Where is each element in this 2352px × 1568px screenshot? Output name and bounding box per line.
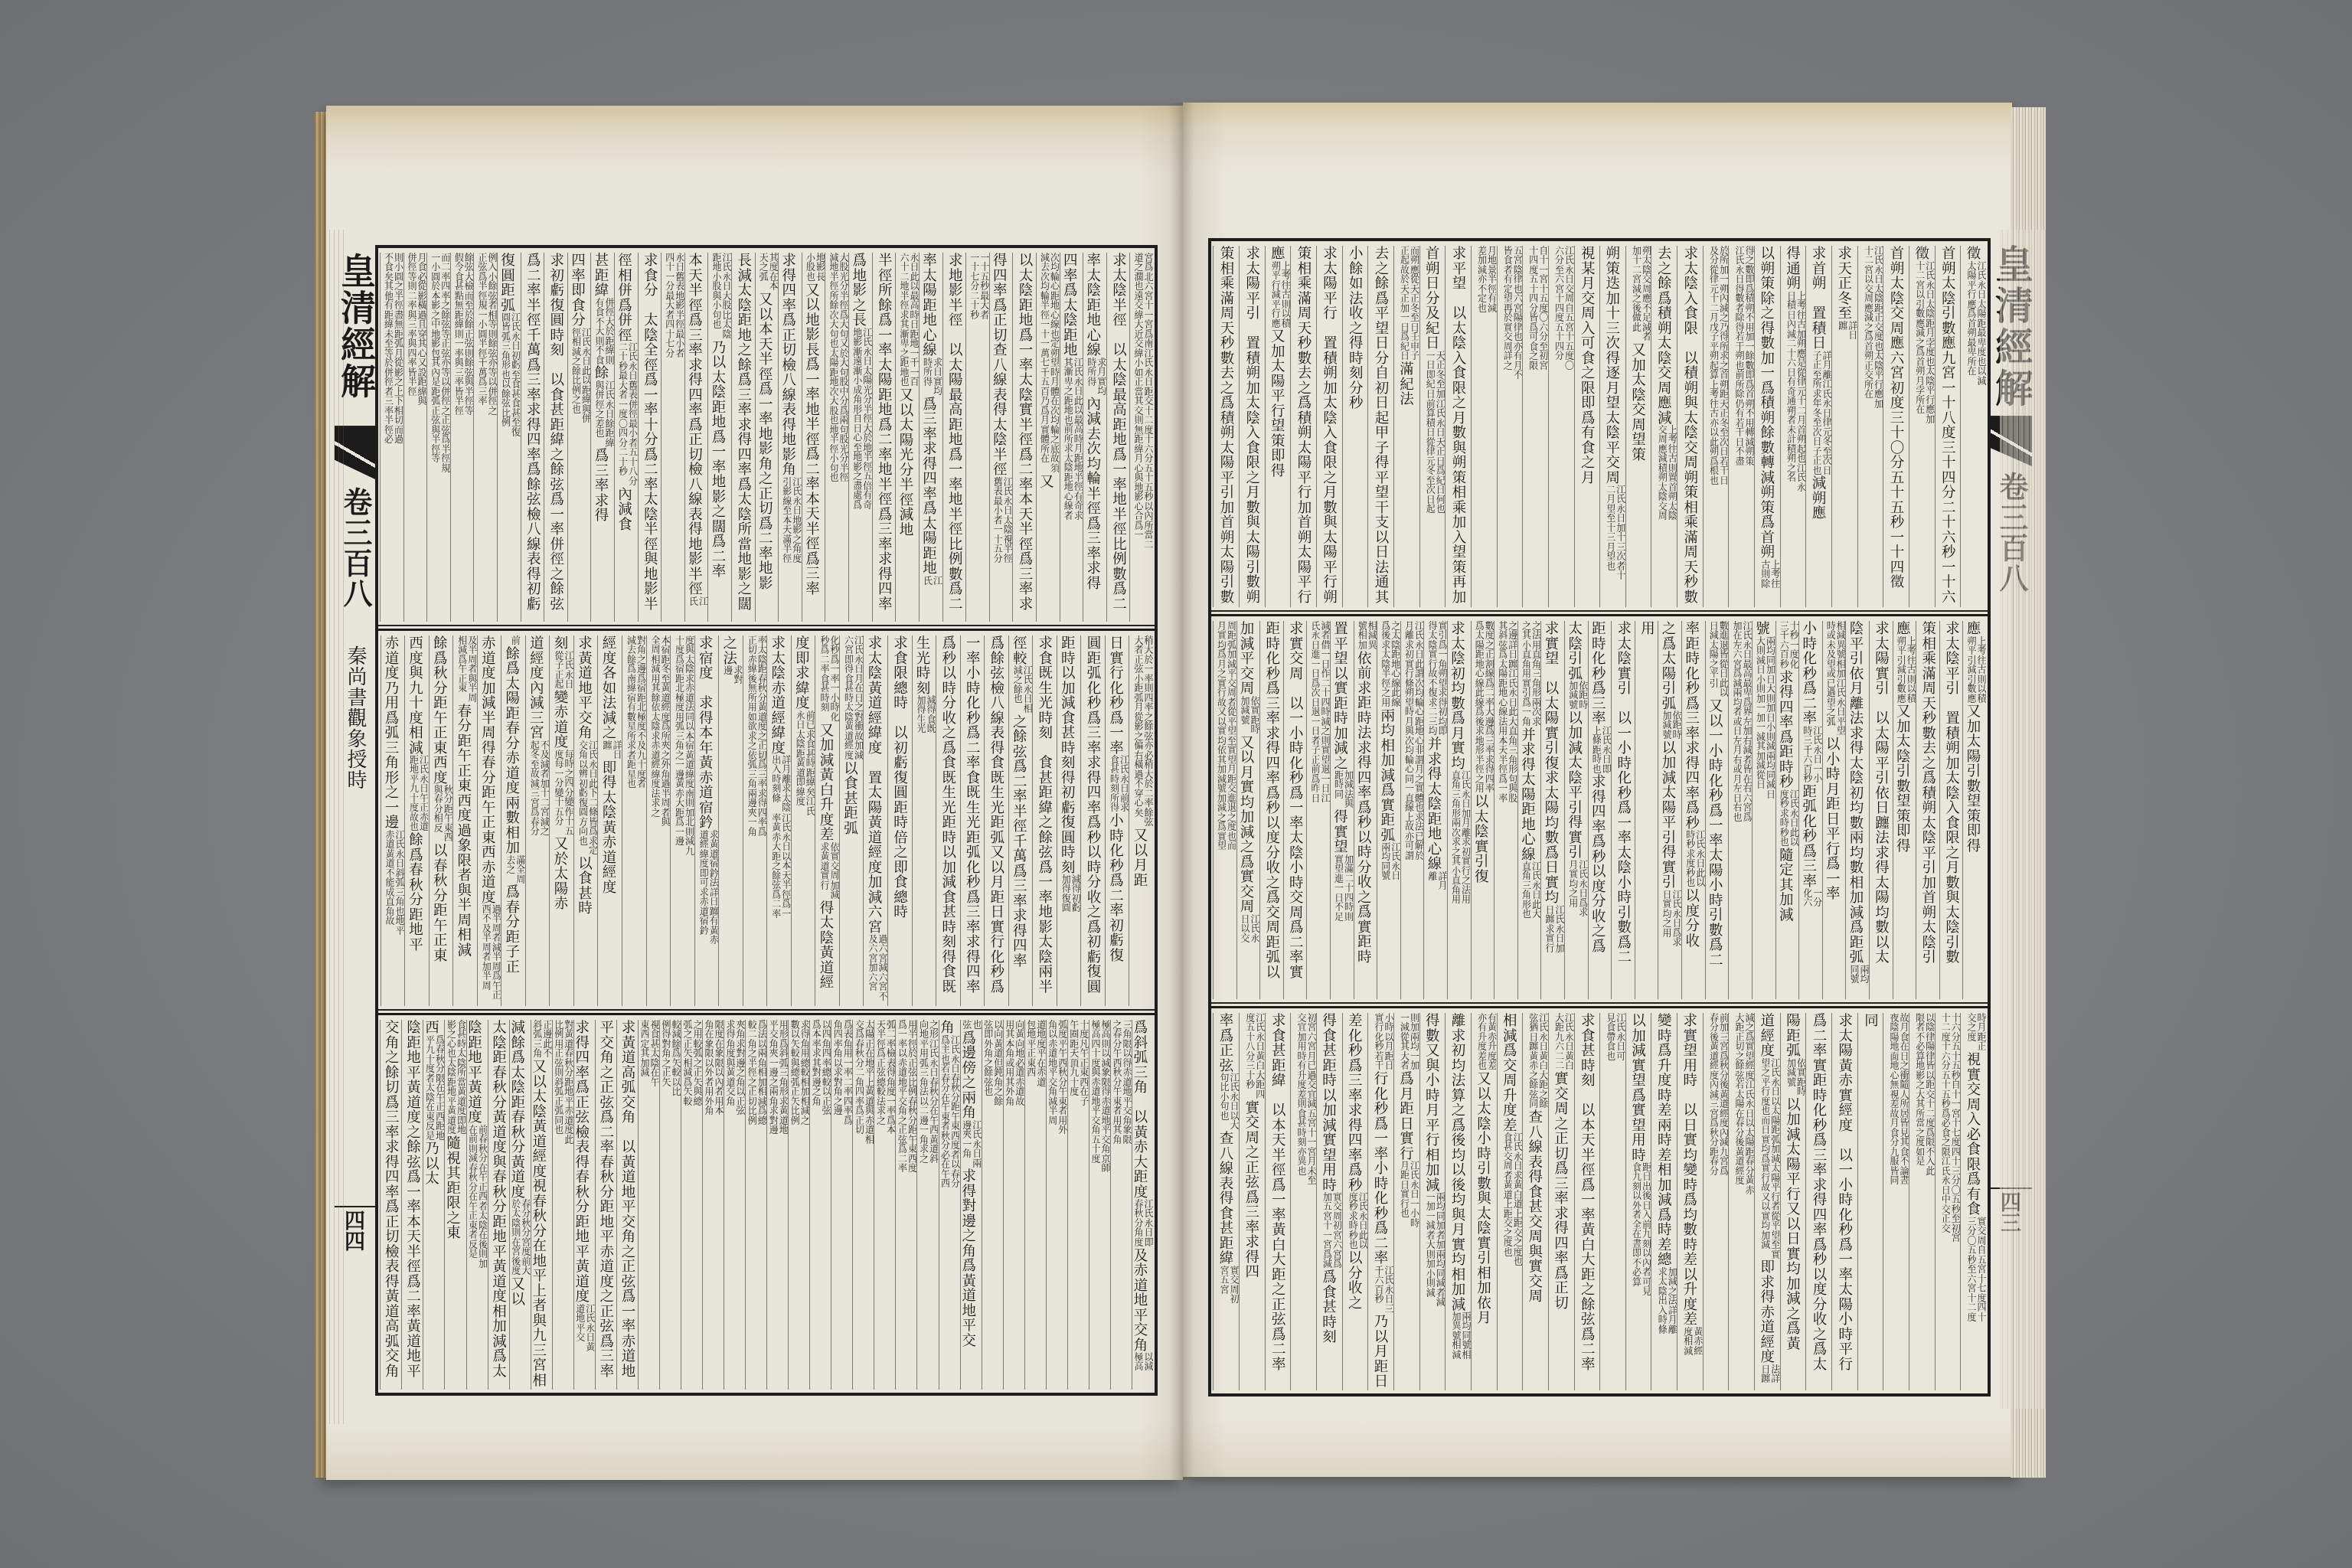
text-column: 甚距緯併徑大於距緯則有食不大則不食餘江氏永日餘距緯與併徑之差也爲三率求得: [590, 253, 614, 622]
text-column: 求太陽黃赤實經度 以一小時化秒爲一率太陽小時平行: [1831, 1013, 1857, 1390]
commentary-note: 江氏永日一小時月距日實行也: [1400, 1161, 1419, 1229]
commentary-note: 江氏永日兩邊夾一角: [962, 1120, 982, 1169]
commentary-note: 上考往古則以積朔平引減引數應: [1966, 636, 1986, 704]
main-text: 策相乘滿周天秒數去之爲積朔太陽平行加首朔太陽平行: [1295, 246, 1312, 604]
main-text: 求食既生光時刻 食甚距緯之餘弦爲一率地影太陰兩半: [1037, 635, 1053, 994]
commentary-note: 江氏永日即上條距時也: [1591, 726, 1611, 775]
text-column: 得數又與小時月平行相加減兩均同加者加兩均同減者減一加一減者大則加小則減: [1419, 1013, 1445, 1390]
text-column: 求黃道地平交角江氏永日此下二條皆爲求定交角以辨初虧復圓方向也以食甚時: [573, 635, 598, 1006]
text-column: 地影長小股也又以地影長爲一率地半徑爲二率本天半徑爲三率: [802, 253, 825, 622]
text-column: 減餘爲太陰距春秋分黃道度春分秋分宮度前大於太陰則在宮後度又以: [509, 1020, 531, 1390]
commentary-note: 以四角四率總較以正弦爲本率求其對邊之角: [811, 1020, 831, 1116]
commentary-note: 月地景半徑有減差加減亦不定也: [1477, 246, 1497, 314]
main-text: 以食甚距弧: [841, 761, 857, 836]
main-text: 長減太陰距地之餘爲三率求得四率爲太陰所當地影之闊: [736, 253, 752, 611]
text-column: 對角之邊爲宿距北極度不及九十度者減去餘爲南緯宿有數星所求者距星也: [622, 635, 646, 1006]
main-text: 策相乘滿周天秒數去之爲積朔太陰平引加首朔太陰引: [1920, 621, 1936, 965]
text-column: 距時以加減食甚時刻得初虧復圓時刻減得初虧加得復圓: [1057, 635, 1081, 1006]
main-text: 圓距弧化秒爲三率求得四率爲秒以時分收之爲初虧復圓: [1085, 635, 1101, 994]
main-text: 又以太陰黃道經度視春秋分在地平上者與九三宮相: [531, 1059, 547, 1387]
main-text: 徵: [1965, 246, 1981, 261]
commentary-note: 黃赤經度相減: [1683, 1327, 1703, 1357]
main-text: 同: [1862, 1013, 1878, 1028]
commentary-note: 對黃道春秋分距地平赤道度此比例用正弦則斜弧正弧同也: [554, 1020, 573, 1145]
commentary-note: 一分化六: [1802, 888, 1822, 908]
stacked-page-edges: [329, 230, 348, 1424]
text-column: 爲二率實距時化秒爲三率求得四率爲秒以度分收之爲太: [1805, 1013, 1831, 1390]
commentary-note: 五宮陰律也六宮陽律也亦有月不皆食者有定望再於實交周詳之: [1502, 246, 1522, 381]
main-text: 隨視其距限之東: [445, 1135, 461, 1240]
text-column: 夾角求對邊之角以正弦求得角度與黃道交角: [724, 1020, 745, 1390]
main-text: 以加減太陰平引得實引: [1566, 710, 1583, 860]
main-text: 求太陰入食限 以積朔與太陰交周朔策相乘滿周天秒數: [1682, 246, 1698, 604]
main-text: 半徑所餘爲一率太陽距地爲二率地半徑爲三率求得四率: [876, 253, 892, 611]
commentary-note: 距日出後日入前九刻以內者可見食九刻以外者全在晝即不必算: [1631, 1162, 1651, 1297]
main-text: 求太陰黃道經緯度 置太陽黃道經度加減六宮: [866, 635, 882, 934]
text-column: 江氏永日最高最卑爲界左加右減者皆在右六宮爲加在左六宮爲減兩均者或日左月右或月左日…: [1728, 621, 1752, 999]
main-text: 平交角之正弦爲二率春秋分距地平赤道度之正弦爲三率: [598, 1020, 614, 1378]
text-column: 求得四率爲正弦檢表得春秋分距地平黃道度江氏永日黃道地平交: [573, 1020, 595, 1390]
commentary-note: 之形江氏永日春秋分在午西黃道斜向地平用弧三角法以二邊一角求之: [919, 1020, 939, 1165]
main-text: 太陰引弧: [1566, 621, 1583, 681]
main-text: 滿紀法: [1398, 361, 1414, 407]
commentary-note: 永日舊表地影半徑最小者四十一分最大者四十七分: [665, 253, 684, 359]
text-column: 三角限以得赤道地平交角象限之春分午西秋分午東者用其角: [1110, 1020, 1132, 1390]
commentary-note: 爲法以兩角相加相減爲總較二角之半徑之正切比例: [746, 1020, 766, 1126]
left-page-text-block: 宮爲北六宮十一宮爲南江氏永日距交十二度十六分五十五秒以內所當二道之濶也遠交緯大近…: [375, 245, 1158, 1396]
commentary-note: 故月食在日之衝隨人所居皆見其食不論晝夜陰陽地面地心無視差故月食分九服皆同: [1889, 1013, 1909, 1186]
commentary-note: 則加兩均一加一減從其大者: [1400, 1013, 1419, 1071]
commentary-note: 過半周者減半周爲午正西不及半周者加半周: [481, 904, 501, 1001]
commentary-note: 減得食既加得生光: [916, 695, 936, 734]
commentary-note: 江氏永日春秋分距午東西度者以春分爲主也若春分在午東者秋分必在午西: [940, 1035, 960, 1189]
text-column: 策相乘滿周天秒數去之爲積朔太陽平引加首朔太陽引數: [1213, 246, 1239, 607]
commentary-note: 食甚時太陰所當黃道度即地影之心也太陰距地平黃道度: [446, 1020, 466, 1135]
main-text: 以太陰實引復: [1472, 794, 1488, 884]
register-upper: 徵江氏永日太陽距最卑度也以減太陽平行應爲首朔最卑所在首朔太陰引數應九宮一十八度三…: [1211, 241, 1988, 610]
commentary-note: 江氏永日大股比太陰距地小股與小句也: [711, 253, 731, 340]
main-text: 距時化秒爲三率: [1589, 621, 1606, 726]
main-text: 本天半徑爲三率求得四率爲正切檢八線表得地影半徑: [686, 253, 702, 596]
text-column: 對黃道春秋分距地平赤道度此比例用正弦則斜弧正弧同也: [552, 1020, 573, 1390]
stacked-page-edges: [2000, 230, 2046, 1409]
commentary-note: 詳月離求太陰出入時刻條: [771, 755, 791, 813]
commentary-note: 江氏永日黃白大距之餘弦猶日躔黃赤之餘弦同: [1528, 1013, 1548, 1109]
commentary-note: 上考往古加朔應是從律元十二月首朔起也江氏永日積日內減二十六日有奇通朔者未計積朔之…: [1785, 291, 1805, 493]
main-text: 日實行化秒爲一率: [1107, 635, 1123, 755]
text-column: 限度在象限以內者用本角在象限以外者用外角: [702, 1020, 724, 1390]
text-column: 本宿距冬至黃道經度爲所夾之外角過半周者與全周相減用其餘依太陰求赤道經緯度法求之: [646, 635, 671, 1006]
text-column: 求太陰初均數爲月實均江氏永日加月離求初實行之法用直角三角形兩次求之其小直角用: [1447, 621, 1471, 999]
commentary-note: 爲表角用一率二率四率爲角四率角以求對角之邊: [832, 1020, 852, 1126]
main-text: 號: [1754, 621, 1770, 636]
text-column: 求宿度 求得本年黃赤道宿鈐求黃道宿鈐法詳日躔有黃赤道經緯度即可求赤道宿鈐: [694, 635, 719, 1006]
text-column: 陽距弧依實距時加減號以加減太陽平行又以日實均加減之爲黃: [1780, 1013, 1806, 1390]
main-text: 太陰距春秋分黃道度與春秋分距地平黃道度相加減爲太: [491, 1020, 507, 1378]
main-text: 策相乘滿周天秒數去之爲積朔太陽平引加首朔太陽引數: [1218, 246, 1234, 604]
commentary-note: 向黃向地必道赤道故用其本角或用其外角: [1004, 1020, 1024, 1107]
commentary-note: 兩均同號: [1849, 965, 1869, 985]
commentary-note: 兩均同號相加異號相減: [1451, 1312, 1471, 1361]
main-text: 度即求緯度: [793, 635, 809, 710]
main-text: 并求得太陰距地心線: [1426, 737, 1442, 871]
commentary-note: 以向黃道但鈍角之餘弦即外角之餘弦也: [983, 1020, 1003, 1107]
commentary-note: 江氏永日月在日之對衝故加減六宮即得食甚時太陰黃道經度: [843, 635, 863, 761]
text-column: 四率爲太陰距地江氏永日此以最高時月距地半徑有奇求其漸卑之距地也前所求太陰距地心線…: [1060, 253, 1083, 622]
main-text: 減朔應: [1810, 475, 1826, 521]
main-text: 查八線表得食甚距緯: [1217, 1131, 1233, 1266]
commentary-note: 相減異號相加江氏永日平望時或未及望或已過望之弧: [1825, 621, 1845, 737]
commentary-note: 依實距時加減號: [1785, 1058, 1805, 1097]
text-column: 求太陽實引 以太陽平引依日躔法求得太陽均數以太: [1869, 621, 1893, 999]
main-text: 爲二率實距時化秒爲三率求得四率爲秒以度分收之爲太: [1811, 1013, 1827, 1371]
main-text: 春分距午正東西度過象限者與半周相減: [456, 704, 472, 958]
main-text: 求太陰實引 以一小時化秒爲一率太陰小時引數爲二: [1615, 621, 1632, 965]
main-text: 復圓距弧: [499, 253, 515, 312]
commentary-note: 永日此以最高時日距地一千一百六十二地半徑求其漸卑之距地也: [899, 253, 919, 387]
commentary-note: 滿全周去之: [505, 855, 525, 885]
text-column: 之邊詳日躔江氏永日此大直角三角形句與股其斜弦爲太陽距地心線法用本天半徑爲一率: [1494, 621, 1517, 999]
commentary-note: 江氏永日最高最卑爲界左加右減者皆在右六宮爲加在左六宮爲減兩均者或日左月右或月左日…: [1732, 621, 1752, 823]
text-column: 用形爲斜弧三角形求黃道地平交角夾一邊之兩角求對邊: [766, 1020, 788, 1390]
commentary-note: 江氏永日相減之餘也: [1012, 665, 1032, 714]
text-column: 十六分五十五秒自十一宮十七度四十三分〇五秒至初宮十二度十六分五十五秒爲必食之限江…: [1935, 1013, 1961, 1390]
main-text: 求食甚距緯 以本天半徑爲一率黃白大距之正弦爲二率: [1269, 1013, 1285, 1371]
main-text: 求得四率爲正切檢八線表得地影角: [780, 253, 796, 477]
main-text: 爲秒以時分收之爲食既生光距時以加減食甚時刻得食既: [940, 635, 956, 994]
main-text: 又以地影長爲一率地半徑爲二率本天半徑爲三率: [803, 283, 819, 596]
main-text: 并求得太陽距地心線: [1519, 727, 1535, 862]
main-text: 求實望 以太陽實引復求太陽均數爲日實均: [1543, 621, 1559, 905]
commentary-note: 江氏永日以太陽距弧加減太陽平行者從平望至實望之平行度也而日實均爲實行故又以實均加…: [1760, 1058, 1780, 1260]
main-text: 又以太陰小時引數與太陰實引相加依月: [1475, 1071, 1491, 1325]
text-column: 江氏永日此謂次均輪心距地心非謂月之實體也求法已解於月離求初實行條朔望時月與次均輪…: [1400, 621, 1424, 999]
text-column: 月地景半徑有減差加減亦不定也: [1471, 246, 1497, 607]
main-text: 又於太陽赤: [552, 836, 568, 911]
commentary-note: 減者借一日作二十四時減之則實望退一日江氏永日進一日爲次日退一日者子正前爲昨日: [1310, 621, 1330, 804]
commentary-note: 求黃道宿鈐法詳日躔有黃赤道經緯度即可求赤道宿鈐: [698, 830, 718, 946]
register-lower: 時月距正交之度視實交周入必食限爲有食實交周自五宮十七度四十三分〇五秒至六宮十二度…: [1211, 1008, 1988, 1393]
text-column: 前加三宮爲秋分後黃道經度內減九宮爲春分後黃道經度內減三宮爲秋分距春分: [1703, 1013, 1729, 1390]
commentary-note: 大股光分半徑爲大句又於大句股中分爲兩句股光分半徑減地半徑所餘次大句也太陽距地次大…: [828, 253, 848, 483]
text-column: 刻江氏永日從子正起變赤道度每時之四分變作十五度每一分變十五分又於太陽赤: [549, 635, 573, 1006]
main-text: 求得四率爲正弦檢表得春秋分距地平黃道度: [573, 1020, 590, 1304]
commentary-note: 例入小餘弦者相等則餘弦亦等以併徑之正弦爲半徑規一小圓半徑千萬爲三率: [477, 253, 497, 416]
text-column: 首朔太陰引數應九宮一十八度三十四分二十六秒一十六: [1935, 246, 1961, 607]
commentary-note: 相減異號相加: [1357, 621, 1377, 651]
text-column: 五宮陰律也六宮陽律也亦有月不皆食者有定望再於實交周詳之: [1497, 246, 1523, 607]
commentary-note: 江氏永日前求食甚時刻所得: [1109, 755, 1129, 813]
text-column: 朔策迭加十三次得逐月望太陰平交周江氏永日加十三次者十二月望至十三月望也: [1599, 246, 1625, 607]
commentary-note: 初宮六宮月已過交宜減五宮十一宮月未至交宜加用時有升度差則食甚時刻亦異也: [1296, 1013, 1316, 1186]
main-text: 又以太陽光分半徑減地: [897, 387, 913, 537]
text-column: 圓距弧化秒爲三率求得四率爲秒以時分收之爲初虧復圓: [1080, 635, 1105, 1006]
text-column: 而二率四率之餘弦等正弦亦等以併徑之正弦爲半徑規一小圓於本影之中地影包其內是距弧正…: [426, 253, 450, 622]
main-text: 求太陽黃赤實經度 以一小時化秒爲一率太陽小時平行: [1837, 1013, 1853, 1371]
text-column: 復圓距弧江氏永日初虧至食甚食甚至復圓皆弧三角形也以餘弦比例: [497, 253, 521, 622]
text-column: 經度各如法減之詳日躔即得太陰黃赤道經度: [597, 635, 622, 1006]
text-column: 求實交周 以一小時化秒爲一率太陰小時交周爲二率實: [1283, 621, 1307, 999]
main-text: 求地影半徑 以太陽最高距地爲一率地半徑比例數爲二: [946, 253, 962, 611]
text-column: 道經度內減三宮不及減者加十二宮減之起冬至故減三宮爲春分: [525, 635, 550, 1006]
main-text: 求首朔 置積日: [1810, 246, 1826, 351]
commentary-note: 江氏永日太陽距最卑度也以減太陽平行應爲首朔最卑所在: [1966, 261, 1986, 387]
commentary-note: 以減極高: [1133, 1352, 1153, 1372]
text-column: 江氏永日大股比太陰距地小股與小句也乃以太陰距地爲一率地影之闊爲二率: [707, 253, 731, 622]
text-column: 本天半徑爲三率求得四率爲正切檢八線表得地影半徑江氏: [684, 253, 708, 622]
commentary-note: 江氏永日兩均同號: [1380, 842, 1400, 881]
commentary-note: 依距時加減號: [1568, 681, 1588, 710]
text-column: 江氏永日交周自五宮十五度〇六分至六宮十四度五十四分: [1548, 246, 1574, 607]
commentary-note: 也弦: [962, 1020, 982, 1031]
main-text: 以朔策除之得數加一爲積朔餘數轉減朔策爲首朔: [1759, 246, 1775, 560]
commentary-note: 數度之正割線爲二率大邊爲三率求得四率爲太陽距地心線此線爲後求地形半徑之用: [1474, 621, 1494, 794]
text-column: 求食分 太陰全徑爲一率十分爲二率太陰半徑與地影半: [638, 253, 661, 622]
text-column: 求食甚距緯 以本天半徑爲一率黃白大距之正弦爲二率: [1265, 1013, 1291, 1390]
commentary-note: 法詳日躔: [1760, 1364, 1780, 1384]
commentary-note: 秋分距午東西與春分相反: [433, 785, 452, 843]
commentary-note: 數進退皆從日此以日減太陽之平引: [1708, 621, 1728, 698]
text-column: 策相乘滿周天秒數去之爲積朔太陰平引加首朔太陰引: [1916, 621, 1939, 999]
main-text: 以加減太陽平引得實引: [1660, 740, 1676, 890]
commentary-note: 江氏永日此下二條皆爲求定交角以辨初虧復圓方向也: [577, 740, 597, 856]
text-column: 小餘如法收之得時刻分秒: [1342, 246, 1368, 607]
text-column: 求太陰入食限 以積朔與太陰交周朔策相乘滿周天秒數: [1677, 246, 1703, 607]
text-column: 徵江氏永日太陽距最卑度也以減太陽平行應爲首朔最卑所在: [1960, 246, 1986, 607]
text-column: 長減太陰距地之餘爲三率求得四率爲太陰所當地影之闊: [731, 253, 755, 622]
commentary-note: 江氏永日以交: [1240, 914, 1259, 944]
commentary-note: 江氏: [688, 596, 707, 607]
text-column: 數進退皆從日此以日減太陽之平引又以一小時化秒爲一率太陽小時引數爲二: [1705, 621, 1729, 999]
main-text: 即得太陰黃赤道經度: [600, 760, 616, 895]
main-text: 陰平引依月離法求得太陰初均數兩均數相加減爲距弧: [1847, 621, 1864, 965]
main-text: 首朔太陰引數應九宮一十八度三十四分二十六秒一十六: [1939, 246, 1955, 604]
commentary-note: 依實距時加減號: [1240, 696, 1259, 735]
text-column: 稍大於一率則四率之餘弦亦必稍大於二率餘弦大者正弦小距弧月從影之偏右橫過不穿心矣又…: [1129, 635, 1153, 1006]
main-text: 應: [1269, 246, 1285, 261]
main-text: 爲地影之長: [851, 253, 867, 328]
text-column: 求太陰半徑 以太陰最高距地爲一率地半徑比例數爲二: [1106, 253, 1130, 622]
text-column: 求食既生光時刻 食甚距緯之餘弦爲一率地影太陰兩半: [1032, 635, 1057, 1006]
main-text: 得太陰黃道經: [818, 900, 834, 990]
text-column: 太陽正在地平上黃道與赤道相交爲春秋分二角四率爲正切: [852, 1020, 874, 1390]
commentary-note: 於所加一朔內減之乃得所求之首朔距天正冬至次日若干日及分從律元十二月戊子平朔起算上…: [1708, 246, 1728, 486]
main-text: 內減去次均輪半徑爲三率求得: [1085, 397, 1101, 591]
commentary-note: 弧度平午西秋分午東者用外角以赤道地平交角減半周: [1047, 1020, 1067, 1135]
commentary-note: 而二率四率之餘弦等正弦亦等以併徑之正弦爲半徑規一小圓於本影之中地影包其內是距弧正…: [430, 253, 450, 474]
text-column: 江氏永日黃白大距之餘弦猶日躔黃赤之餘弦同查八線表得食甚交周與實交周: [1522, 1013, 1548, 1390]
commentary-note: 對角之邊爲宿距北極度不及九十度者減去餘爲南緯宿有數星所求者距星也: [626, 635, 646, 789]
commentary-note: 江氏永日黃白大距四度五十八分三十秒: [1245, 1013, 1265, 1100]
register-divider: [1211, 1002, 1988, 1008]
text-column: 較減餘爲矢較以比例得對角之正矢: [659, 1020, 681, 1390]
text-column: 求天正冬至詳日躔: [1831, 246, 1857, 607]
commentary-note: 江氏永日地影之角度引影線至本天滿半徑: [782, 477, 802, 564]
text-column: 江氏永日太陰距正交度也太陰平行應加十二宮以交周應減之爲首朔正交所在: [1857, 246, 1883, 607]
commentary-note: 道地度平在赤道包地平正東西: [1026, 1020, 1046, 1088]
commentary-note: 求對邊: [723, 665, 743, 685]
main-text: 爲斜弧三角 以黃赤大距度: [1132, 1020, 1148, 1199]
text-column: 策相乘滿周天秒數去之爲積朔太陽平行加首朔太陽平行: [1290, 246, 1316, 607]
text-column: 例入小餘弦者相等則餘弦亦等以併徑之正弦爲半徑規一小圓半徑千萬爲三率: [473, 253, 497, 622]
text-column: 陰距地平黃道度前春秋分在午正西者太陰在後則加在前則減春秋分在午正東者反是: [466, 1020, 488, 1390]
text-column: 度即求緯度前已求食甚時距緯矣江氏永日太陰距黃道即緯度: [791, 635, 815, 1006]
commentary-note: 春分秋分宮度前大於太陰則在宮後度: [511, 1199, 531, 1276]
commentary-note: 江氏永日午正赤道距地平九十度故也: [409, 755, 429, 832]
main-text: 率太陽距地心線: [921, 253, 937, 358]
commentary-note: 求得角用總較相加相減之數以矢較與總弧正矢比例: [789, 1020, 809, 1126]
main-text: 爲三率求得四率爲太陽距地: [921, 397, 937, 576]
commentary-note: 加滿二十四時則實望進一日不足: [1334, 854, 1354, 923]
text-column: 周距弧加減平交周者從平望至實望月距交進退之度也而月實均爲月之實行故又以實均依其加…: [1213, 621, 1236, 999]
commentary-note: 十度凡午正東西在子午圈距天頂九十度: [1069, 1020, 1089, 1107]
main-text: 徵: [1913, 246, 1929, 261]
text-column: 永日舊表地影半徑最小者四十一分最大者四十七分: [661, 253, 684, 622]
text-column: 得四率爲正切查八線表得太陰半徑江氏永日太陰視半徑舊表最小者一十五分: [989, 253, 1013, 622]
main-text: 又以: [509, 1276, 525, 1306]
text-column: 江氏永日黃白大距九六二二實交周之正切爲三率求得四率爲正切: [1548, 1013, 1574, 1390]
photo-background: 皇清經解 卷三百八 秦尚書觀象授時 四四 宮爲北六宮十一宮爲南江氏永日距交十二度…: [0, 0, 2352, 1568]
main-text: 距時以加減食甚時刻得初虧復圓時刻: [1059, 635, 1075, 874]
text-column: 視食甚太陰在午東西定其加減: [638, 1020, 659, 1390]
text-column: 相減異號相加江氏永日平望時或未及望或已過望之弧以小時月距日平行爲一率: [1822, 621, 1846, 999]
text-column: 爲地影之長江氏永日太陽光分半徑大於地半徑五倍有奇地影漸遠漸小成角形自日心至地影之…: [848, 253, 872, 622]
text-column: 極高則以減象限得赤道地平交角京師極高四十度與赤道地平交角五十度: [1089, 1020, 1110, 1390]
main-text: 以度分收: [1684, 888, 1700, 948]
commentary-note: 江氏永日此大直角三角形也: [1521, 861, 1540, 920]
text-column: 以陰律陽律皆以距交十二度爲限不入此限者不必算地影之大其所當之度如是: [1909, 1013, 1935, 1390]
main-text: 以分收之: [1346, 1250, 1362, 1310]
main-text: 又加太陽引數望策即得: [1965, 704, 1981, 853]
text-column: 求食限總時 以初虧復圓距時倍之即食總時: [887, 635, 912, 1006]
main-text: 得實望: [1332, 809, 1348, 854]
text-column: 其度在本天之弧又以本天半徑爲一率地影角之正切爲二率地影: [755, 253, 779, 622]
main-text: 求黃道高弧交角 以黃道地平交角之正弦爲一率赤道地: [619, 1020, 635, 1378]
commentary-note: 減得初虧加得復圓: [1060, 874, 1080, 913]
commentary-note: 月食必從影橫過且穿其心又設距緯與併徑等則二率與三率與四率皆半徑: [407, 253, 426, 407]
commentary-note: 江氏永日斜弧三角也地平赤道黃道不能成直角故: [384, 830, 404, 936]
commentary-note: 江氏永日加月離求初實行之法用直角三角形兩次求之其小直角用: [1451, 770, 1471, 905]
text-column: 正邊此不斜弧三角又以太陰黃道經度視春秋分在地平上者與九三宮相: [531, 1020, 552, 1390]
commentary-note: 朔太陰交周應不足減者加十二宮減之後做此: [1631, 246, 1651, 342]
main-text: 求得對邊之角爲黃道地平交: [960, 1168, 976, 1347]
register-divider: [378, 625, 1155, 631]
main-text: 爲邊傍之兩角: [960, 1031, 976, 1120]
main-text: 爲月距日實行: [1398, 1071, 1414, 1161]
commentary-note: 視食甚太陰在午東西定其加減: [639, 1020, 659, 1088]
main-text: 首朔日分及紀日: [1423, 246, 1439, 351]
text-column: 於所加一朔內減之乃得所求之首朔距天正冬至次日若干日及分從律元十二月戊子平朔起算上…: [1703, 246, 1729, 607]
main-text: 求太陽實引 以太陽平引依日躔法求得太陽均數以太: [1873, 621, 1890, 965]
text-column: 率太陽距地心線求日實均時所得爲三率求得四率爲太陽距地江氏: [919, 253, 942, 622]
commentary-note: 前: [510, 635, 520, 646]
register-lower: 爲斜弧三角 以黃赤大距度江氏永日即春秋分角度及赤道地平交角以減極高三角限以得赤道…: [378, 1015, 1155, 1393]
main-text: 西度與九十度相減: [407, 635, 423, 755]
text-column: 爲法以兩角相加相減爲總較二角之半徑之正切比例: [745, 1020, 766, 1390]
text-column: 以朔策除之得數加一爲積朔餘數轉減朔策爲首朔上考往古則除: [1754, 246, 1780, 607]
main-text: 用: [1638, 621, 1655, 636]
main-text: 求太陰赤道經緯度: [769, 635, 786, 755]
main-text: 爲三率求得: [593, 448, 609, 523]
main-text: 朔策迭加十三次得逐月望太陰平交周: [1604, 246, 1620, 485]
main-text: 爲二率半徑千萬爲三率求得四率爲餘弦檢八線表得初虧: [524, 253, 541, 611]
text-column: 距時化秒爲三率求得四率爲秒以度分收之爲交周距弧以: [1259, 621, 1283, 999]
main-text: 又: [1038, 474, 1054, 489]
main-text: 即求得赤道經度: [1759, 1259, 1775, 1364]
text-column: 求地影半徑 以太陽最高距地爲一率地半徑比例數爲二: [942, 253, 966, 622]
main-text: 陰距地平黃道度: [466, 1020, 482, 1125]
commentary-note: 實交周初宮六宮爲加五宮十一宮爲減: [1322, 1192, 1342, 1269]
main-text: 陽距弧: [1784, 1013, 1800, 1058]
text-column: 十度凡午正東西在子午圈距天頂九十度: [1067, 1020, 1089, 1390]
main-text: 之法: [721, 635, 737, 665]
main-text: 刻: [552, 635, 568, 651]
main-text: 得食甚距時以加減實望用時: [1321, 1013, 1337, 1192]
text-column: 得通朔上考往古加朔應是從律元十二月首朔起也江氏永日積日內減二十六日有奇通朔者未計…: [1780, 246, 1806, 607]
commentary-note: 實引爲一角朔望求得初均即得太陰實行故不復求二三均: [1427, 621, 1447, 737]
main-text: 之爲太陽引弧: [1660, 621, 1676, 710]
commentary-note: 地影長小股也: [805, 253, 825, 283]
commentary-note: 實交周自五宮十七度四十三分〇五秒至六宮十二度: [1966, 1217, 1986, 1323]
text-column: 之法求對邊: [718, 635, 743, 1006]
text-column: 生光時刻減得食既加得生光: [912, 635, 936, 1006]
text-column: 數度之正割線爲二率大邊爲三率求得四率爲太陽距地心線此線爲後求地形半徑之用以太陰實…: [1471, 621, 1494, 999]
main-text: 首朔太陰交周應六宮初度三十〇分五十五秒一十四徵: [1888, 246, 1904, 590]
commentary-note: 減之爲實望經度江氏永日以太陽距春分黃赤大距正切之餘弦若太陽在春分後黃道經度: [1734, 1013, 1754, 1196]
commentary-note: 江氏永日太陰距正交度也太陰平行應加十二宮以交周應減之爲首朔正交所在: [1863, 246, 1883, 410]
main-text: 實交周之正切爲三率求得四率爲正切: [1553, 1071, 1569, 1310]
text-column: 率距時化秒爲三率求得四率爲秒江氏永日此以時秒求度秒也以度分收: [1681, 621, 1705, 999]
text-column: 變時爲升度時差兩時差相加減爲時差總加減之法詳月離求太陰出入時條: [1651, 1013, 1677, 1390]
text-column: 角江氏永日春秋分距午東西度者以春分爲主也若春分在午東者秋分必在午西: [939, 1020, 960, 1390]
main-text: 相減爲交周升度差: [1501, 1013, 1517, 1132]
text-column: 求太陽平行 置積朔加太陰入食限之月數與太陽平行朔: [1316, 246, 1342, 607]
main-text: 去之餘爲積朔太陰交周應減: [1655, 246, 1671, 425]
main-text: 又以月距: [1132, 828, 1148, 887]
commentary-note: 江氏永日以大句比小句也: [1219, 1073, 1239, 1131]
commentary-note: 加減之法詳月離求太陰出入時條: [1657, 1267, 1677, 1335]
commentary-note: 江氏永日爲求月實均之用: [1568, 860, 1588, 918]
commentary-note: 江氏永日即春秋分角度: [1133, 1199, 1153, 1248]
main-text: 生光時刻: [914, 635, 930, 695]
text-column: 則加兩均一加一減從其大者爲月距日實行江氏永日一小時月距日實行也: [1393, 1013, 1419, 1390]
text-column: 陰平引依月離法求得太陰初均數兩均數相加減爲距弧兩均同號: [1845, 621, 1869, 999]
commentary-note: 有黃赤升度差亦有升度差也: [1477, 1013, 1497, 1071]
commentary-note: 加減法與距時同: [1334, 770, 1354, 809]
text-column: 求得角用總較相加相減之數以矢較與總弧正矢比例: [788, 1020, 809, 1390]
text-column: 求太陰平引 置積朔加太陰入食限之月數與太陰引數: [1939, 621, 1963, 999]
main-text: 求平望 以太陰入食限之月數與朔策相乘加入望策再加: [1450, 246, 1466, 604]
text-column: 而朔應從天正冬至日壬申子正起故於天正加一日爲紀日滿紀法: [1393, 246, 1419, 607]
commentary-note: 正邊此不斜弧三角: [532, 1020, 552, 1059]
text-column: 一十五秒最大者一十七分二十秒: [965, 253, 989, 622]
commentary-note: 上考往古則置首朔太陰交周應減積朔太陰交周: [1657, 425, 1677, 521]
commentary-note: 江氏永日此以度秒求時秒也: [1347, 1192, 1367, 1250]
commentary-note: 其度在本天之弧: [758, 253, 778, 292]
commentary-note: 江氏永日此謂次均輪心距地心非謂月之實體也求法已解於月離求初實行條朔望時月與次均輪…: [1403, 621, 1423, 861]
commentary-note: 十六分五十五秒自十一宮十七度四十三分〇五秒至初宮十二度十六分五十五秒爲必食之限江…: [1940, 1013, 1960, 1243]
main-text: 徑較: [1011, 635, 1027, 665]
commentary-note: 一十五秒最大者一十七分二十秒: [969, 253, 989, 321]
text-column: 餘爲秋分距午正東西度秋分距午東西與春分相反以春秋分距午正東: [429, 635, 453, 1006]
main-text: 依前求距時法求得四率爲秒以時分收之爲實距時: [1355, 651, 1371, 965]
text-column: 爲表角用一率二率四率爲角四率角以求對角之邊: [831, 1020, 852, 1390]
text-column: 大股光分半徑爲大句又於大句股中分爲兩句股光分半徑減地半徑所餘次大句也太陽距地次大…: [825, 253, 848, 622]
text-column: 求實望 以太陽實引復求太陽均數爲日實均江氏永日加日躔求實行: [1540, 621, 1564, 999]
text-column: 求太陽平引 置積朔加太陰入食限之月數與太陽引數朔: [1239, 246, 1265, 607]
text-column: 以四角四率總較以正弦爲本率求其對邊之角: [809, 1020, 831, 1390]
main-text: 行化秒爲一率小時化秒爲二率: [1372, 1071, 1388, 1266]
